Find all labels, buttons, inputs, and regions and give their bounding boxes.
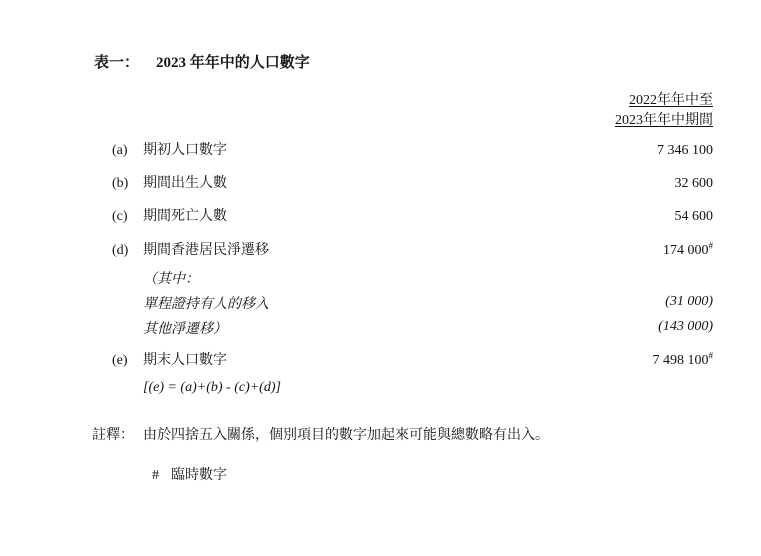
column-header: 2022年年中至 2023年年中期間 [615,91,713,131]
row-value: (143 000) [658,318,713,335]
row-value: 7 498 100# [653,352,714,369]
row-label: 期初人口數字 [143,142,227,159]
column-header-line2: 2023年年中期間 [615,111,713,131]
table-row: (e) 期末人口數字 7 498 100# [112,352,713,369]
row-label: 單程證持有人的移入 [143,296,269,313]
row-label: 期間出生人數 [143,175,227,192]
table-subrow: 單程證持有人的移入 (31 000) [112,296,713,313]
table-row: (a) 期初人口數字 7 346 100 [112,142,713,159]
table-row: (c) 期間死亡人數 54 600 [112,208,713,225]
row-value: 7 346 100 [657,142,713,159]
row-id: (c) [112,208,143,225]
row-label: 期間香港居民淨遷移 [143,242,269,259]
row-label: （其中： [143,271,199,288]
table-title-prefix: 表一： [94,55,139,71]
document-page: 表一：2023 年年中的人口數字 2022年年中至 2023年年中期間 (a) … [0,0,761,556]
symbol-footnote-text: 臨時數字 [171,468,227,483]
row-id: (d) [112,242,143,259]
footnote: 註釋： 由於四捨五入關係，個別項目的數字加起來可能與總數略有出入。 [92,427,549,444]
table-title-text: 2023 年年中的人口數字 [156,55,310,71]
footnote-text: 由於四捨五入關係，個別項目的數字加起來可能與總數略有出入。 [143,427,549,444]
row-value: (31 000) [665,293,713,310]
table-subrow: （其中： [112,271,713,288]
footnote-label: 註釋： [92,427,143,444]
row-label: 期末人口數字 [143,352,227,369]
formula-row: [(e) = (a)+(b) - (c)+(d)] [112,379,713,396]
symbol-footnote-marker: # [152,467,159,484]
formula-text: [(e) = (a)+(b) - (c)+(d)] [143,379,281,396]
table-row: (d) 期間香港居民淨遷移 174 000# [112,242,713,259]
row-value: 32 600 [675,175,714,192]
row-id: (a) [112,142,143,159]
row-label: 期間死亡人數 [143,208,227,225]
provisional-marker: # [709,240,714,250]
table-row: (b) 期間出生人數 32 600 [112,175,713,192]
row-id: (b) [112,175,143,192]
row-value: 54 600 [675,208,714,225]
symbol-footnote: #臨時數字 [152,467,227,484]
table-title: 表一：2023 年年中的人口數字 [94,54,310,72]
provisional-marker: # [709,350,714,360]
row-id: (e) [112,352,143,369]
row-label: 其他淨遷移） [143,321,227,338]
table-subrow: 其他淨遷移） (143 000) [112,321,713,338]
column-header-line1: 2022年年中至 [615,91,713,111]
row-value: 174 000# [663,242,713,259]
